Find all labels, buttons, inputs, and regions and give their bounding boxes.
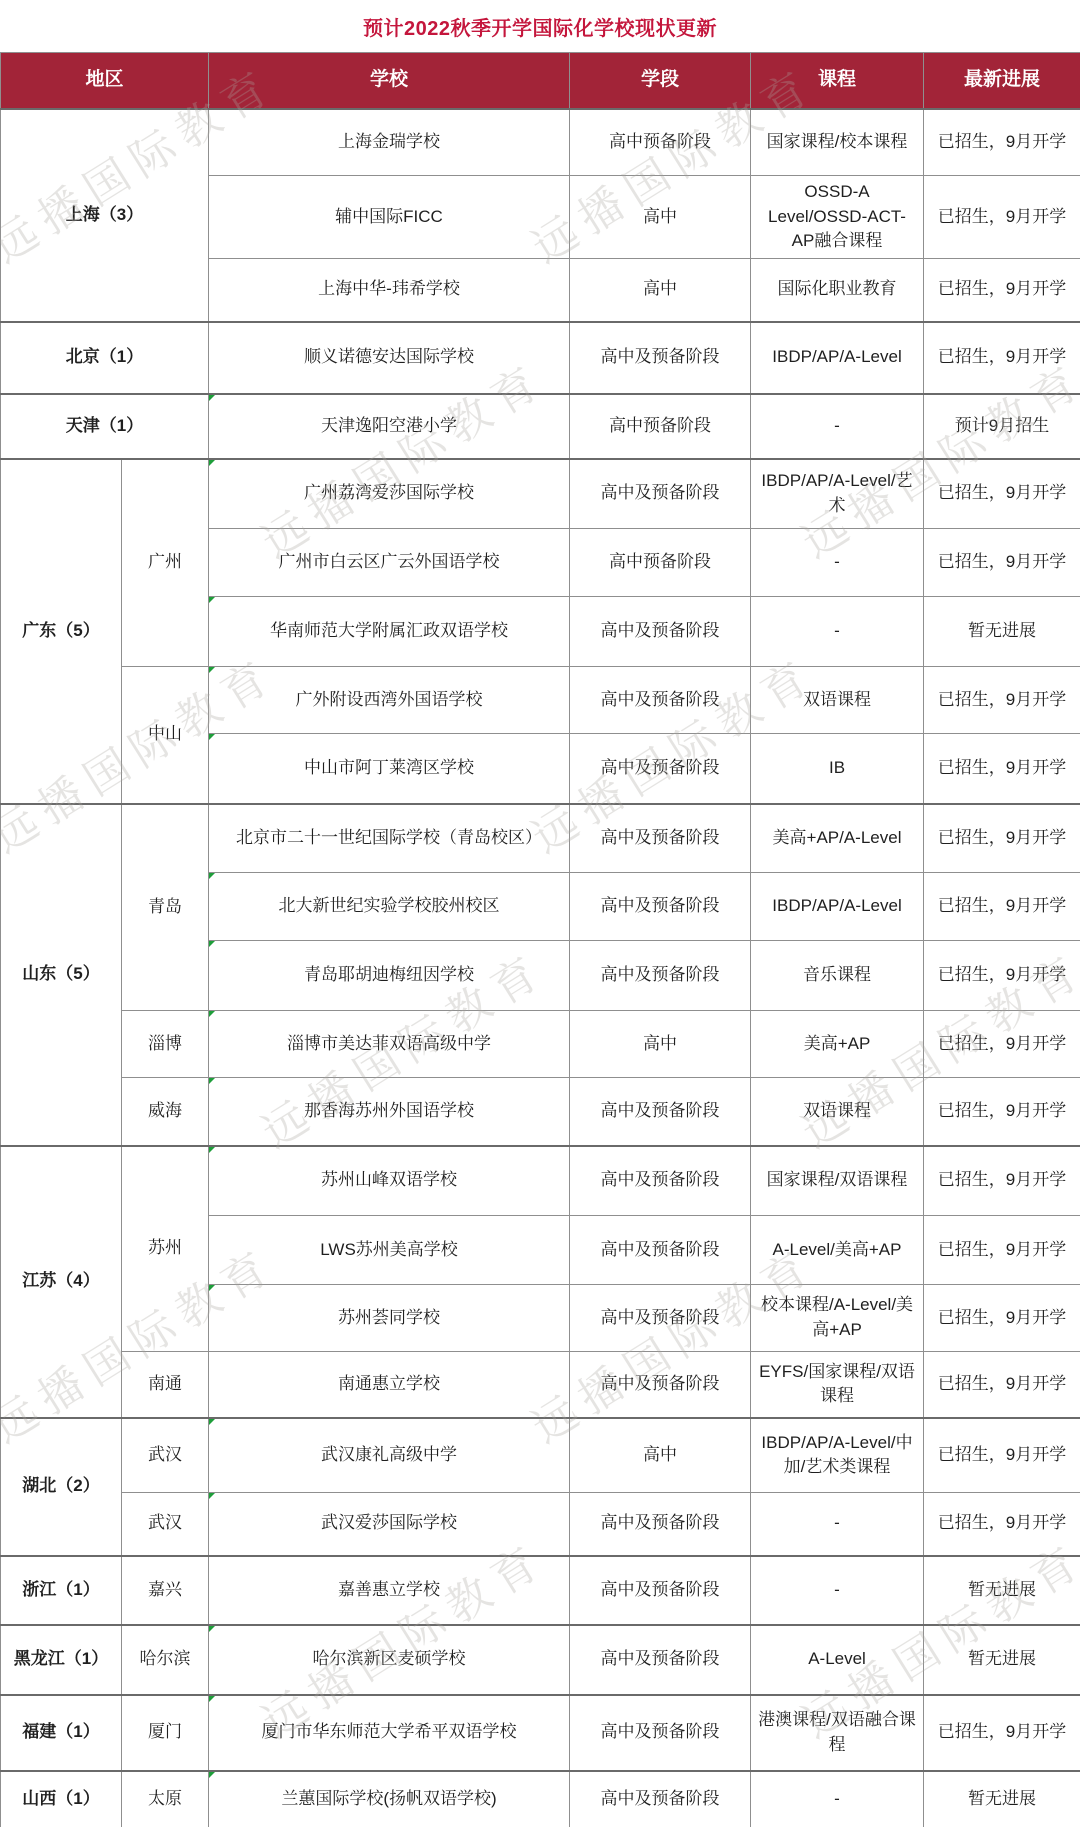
table-row: 武汉武汉爱莎国际学校高中及预备阶段-已招生，9月开学 — [1, 1493, 1080, 1556]
course-cell: EYFS/国家课程/双语课程 — [751, 1352, 924, 1418]
city-cell: 淄博 — [122, 1011, 209, 1078]
region-cell: 上海（3） — [1, 109, 209, 322]
school-cell: 南通惠立学校 — [209, 1352, 570, 1418]
region-cell: 北京（1） — [1, 322, 209, 394]
table-row: 江苏（4）苏州苏州山峰双语学校高中及预备阶段国家课程/双语课程已招生，9月开学 — [1, 1146, 1080, 1216]
progress-cell: 已招生，9月开学 — [924, 804, 1080, 873]
city-cell: 武汉 — [122, 1418, 209, 1493]
course-cell: - — [751, 1771, 924, 1827]
table-row: 广东（5）广州广州荔湾爱莎国际学校高中及预备阶段IBDP/AP/A-Level/… — [1, 459, 1080, 529]
table-row: 中山广外附设西湾外国语学校高中及预备阶段双语课程已招生，9月开学 — [1, 667, 1080, 734]
course-cell: 国际化职业教育 — [751, 259, 924, 322]
progress-cell: 已招生，9月开学 — [924, 259, 1080, 322]
comment-flag-icon — [209, 1147, 215, 1153]
city-cell: 中山 — [122, 667, 209, 804]
region-cell: 天津（1） — [1, 394, 209, 459]
stage-cell: 高中及预备阶段 — [570, 1146, 751, 1216]
progress-cell: 已招生，9月开学 — [924, 1695, 1080, 1771]
school-cell: 武汉康礼高级中学 — [209, 1418, 570, 1493]
progress-cell: 已招生，9月开学 — [924, 734, 1080, 804]
stage-cell: 高中预备阶段 — [570, 109, 751, 176]
course-cell: 双语课程 — [751, 1078, 924, 1146]
comment-flag-icon — [209, 873, 215, 879]
progress-cell: 暂无进展 — [924, 1556, 1080, 1625]
stage-cell: 高中及预备阶段 — [570, 1493, 751, 1556]
progress-cell: 已招生，9月开学 — [924, 322, 1080, 394]
table-row: 威海那香海苏州外国语学校高中及预备阶段双语课程已招生，9月开学 — [1, 1078, 1080, 1146]
progress-cell: 已招生，9月开学 — [924, 176, 1080, 259]
school-cell: 上海中华-玮希学校 — [209, 259, 570, 322]
header-row: 地区 学校 学段 课程 最新进展 — [1, 53, 1080, 109]
comment-flag-icon — [209, 460, 215, 466]
stage-cell: 高中及预备阶段 — [570, 1285, 751, 1352]
schools-table: 地区 学校 学段 课程 最新进展 上海（3）上海金瑞学校高中预备阶段国家课程/校… — [0, 52, 1080, 1827]
course-cell: OSSD-A Level/OSSD-ACT-AP融合课程 — [751, 176, 924, 259]
stage-cell: 高中及预备阶段 — [570, 873, 751, 941]
course-cell: 美高+AP/A-Level — [751, 804, 924, 873]
course-cell: 美高+AP — [751, 1011, 924, 1078]
stage-cell: 高中预备阶段 — [570, 394, 751, 459]
progress-cell: 已招生，9月开学 — [924, 1011, 1080, 1078]
course-cell: - — [751, 1493, 924, 1556]
school-cell: 顺义诺德安达国际学校 — [209, 322, 570, 394]
stage-cell: 高中及预备阶段 — [570, 459, 751, 529]
progress-cell: 已招生，9月开学 — [924, 1285, 1080, 1352]
city-cell: 青岛 — [122, 804, 209, 1011]
course-cell: 音乐课程 — [751, 941, 924, 1011]
region-cell: 湖北（2） — [1, 1418, 122, 1556]
progress-cell: 预计9月招生 — [924, 394, 1080, 459]
city-cell: 南通 — [122, 1352, 209, 1418]
school-cell: 哈尔滨新区麦硕学校 — [209, 1625, 570, 1695]
region-cell: 福建（1） — [1, 1695, 122, 1771]
stage-cell: 高中及预备阶段 — [570, 1216, 751, 1285]
course-cell: IBDP/AP/A-Level/中加/艺术类课程 — [751, 1418, 924, 1493]
stage-cell: 高中及预备阶段 — [570, 1695, 751, 1771]
progress-cell: 已招生，9月开学 — [924, 1352, 1080, 1418]
stage-cell: 高中 — [570, 259, 751, 322]
table-row: 浙江（1）嘉兴嘉善惠立学校高中及预备阶段-暂无进展 — [1, 1556, 1080, 1625]
school-cell: 青岛耶胡迪梅纽因学校 — [209, 941, 570, 1011]
comment-flag-icon — [209, 395, 215, 401]
progress-cell: 已招生，9月开学 — [924, 109, 1080, 176]
stage-cell: 高中 — [570, 1011, 751, 1078]
school-cell: 上海金瑞学校 — [209, 109, 570, 176]
city-cell: 苏州 — [122, 1146, 209, 1352]
course-cell: - — [751, 394, 924, 459]
stage-cell: 高中 — [570, 176, 751, 259]
comment-flag-icon — [209, 597, 215, 603]
region-cell: 山东（5） — [1, 804, 122, 1146]
table-row: 湖北（2）武汉武汉康礼高级中学高中IBDP/AP/A-Level/中加/艺术类课… — [1, 1418, 1080, 1493]
header-school: 学校 — [209, 53, 570, 109]
course-cell: IBDP/AP/A-Level — [751, 873, 924, 941]
comment-flag-icon — [209, 734, 215, 740]
school-cell: 中山市阿丁莱湾区学校 — [209, 734, 570, 804]
progress-cell: 暂无进展 — [924, 1771, 1080, 1827]
comment-flag-icon — [209, 1011, 215, 1017]
stage-cell: 高中及预备阶段 — [570, 804, 751, 873]
school-cell: 厦门市华东师范大学希平双语学校 — [209, 1695, 570, 1771]
table-row: 福建（1）厦门厦门市华东师范大学希平双语学校高中及预备阶段港澳课程/双语融合课程… — [1, 1695, 1080, 1771]
school-cell: 武汉爱莎国际学校 — [209, 1493, 570, 1556]
course-cell: 校本课程/A-Level/美高+AP — [751, 1285, 924, 1352]
region-cell: 黑龙江（1） — [1, 1625, 122, 1695]
progress-cell: 已招生，9月开学 — [924, 1078, 1080, 1146]
progress-cell: 已招生，9月开学 — [924, 873, 1080, 941]
table-row: 北京（1）顺义诺德安达国际学校高中及预备阶段IBDP/AP/A-Level已招生… — [1, 322, 1080, 394]
stage-cell: 高中及预备阶段 — [570, 667, 751, 734]
header-progress: 最新进展 — [924, 53, 1080, 109]
school-cell: 嘉善惠立学校 — [209, 1556, 570, 1625]
region-cell: 山西（1） — [1, 1771, 122, 1827]
stage-cell: 高中预备阶段 — [570, 529, 751, 597]
stage-cell: 高中及预备阶段 — [570, 734, 751, 804]
course-cell: IB — [751, 734, 924, 804]
page-title: 预计2022秋季开学国际化学校现状更新 — [0, 0, 1080, 52]
city-cell: 广州 — [122, 459, 209, 667]
table-row: 山西（1）太原兰蕙国际学校(扬帆双语学校)高中及预备阶段-暂无进展 — [1, 1771, 1080, 1827]
school-cell: 广外附设西湾外国语学校 — [209, 667, 570, 734]
school-cell: 北京市二十一世纪国际学校（青岛校区） — [209, 804, 570, 873]
header-course: 课程 — [751, 53, 924, 109]
school-cell: 广州荔湾爱莎国际学校 — [209, 459, 570, 529]
course-cell: 港澳课程/双语融合课程 — [751, 1695, 924, 1771]
school-cell: 辅中国际FICC — [209, 176, 570, 259]
stage-cell: 高中及预备阶段 — [570, 597, 751, 667]
comment-flag-icon — [209, 941, 215, 947]
school-cell: LWS苏州美高学校 — [209, 1216, 570, 1285]
course-cell: 国家课程/校本课程 — [751, 109, 924, 176]
comment-flag-icon — [209, 1419, 215, 1425]
stage-cell: 高中及预备阶段 — [570, 1771, 751, 1827]
table-row: 山东（5）青岛北京市二十一世纪国际学校（青岛校区）高中及预备阶段美高+AP/A-… — [1, 804, 1080, 873]
region-cell: 浙江（1） — [1, 1556, 122, 1625]
school-cell: 华南师范大学附属汇政双语学校 — [209, 597, 570, 667]
table-row: 南通南通惠立学校高中及预备阶段EYFS/国家课程/双语课程已招生，9月开学 — [1, 1352, 1080, 1418]
progress-cell: 暂无进展 — [924, 597, 1080, 667]
stage-cell: 高中及预备阶段 — [570, 1625, 751, 1695]
course-cell: IBDP/AP/A-Level/艺术 — [751, 459, 924, 529]
city-cell: 威海 — [122, 1078, 209, 1146]
stage-cell: 高中及预备阶段 — [570, 941, 751, 1011]
school-cell: 苏州荟同学校 — [209, 1285, 570, 1352]
comment-flag-icon — [209, 1285, 215, 1291]
course-cell: - — [751, 597, 924, 667]
progress-cell: 已招生，9月开学 — [924, 1493, 1080, 1556]
school-cell: 淄博市美达菲双语高级中学 — [209, 1011, 570, 1078]
table-row: 淄博淄博市美达菲双语高级中学高中美高+AP已招生，9月开学 — [1, 1011, 1080, 1078]
table-row: 上海（3）上海金瑞学校高中预备阶段国家课程/校本课程已招生，9月开学 — [1, 109, 1080, 176]
progress-cell: 已招生，9月开学 — [924, 1216, 1080, 1285]
sheet: 预计2022秋季开学国际化学校现状更新 地区 学校 学段 课程 最新进展 上海（… — [0, 0, 1080, 1827]
table-row: 黑龙江（1）哈尔滨哈尔滨新区麦硕学校高中及预备阶段A-Level暂无进展 — [1, 1625, 1080, 1695]
progress-cell: 已招生，9月开学 — [924, 1146, 1080, 1216]
progress-cell: 已招生，9月开学 — [924, 1418, 1080, 1493]
school-cell: 广州市白云区广云外国语学校 — [209, 529, 570, 597]
header-region: 地区 — [1, 53, 209, 109]
course-cell: - — [751, 529, 924, 597]
comment-flag-icon — [209, 1078, 215, 1084]
comment-flag-icon — [209, 1626, 215, 1632]
header-stage: 学段 — [570, 53, 751, 109]
comment-flag-icon — [209, 1696, 215, 1702]
city-cell: 武汉 — [122, 1493, 209, 1556]
stage-cell: 高中 — [570, 1418, 751, 1493]
course-cell: A-Level/美高+AP — [751, 1216, 924, 1285]
region-cell: 江苏（4） — [1, 1146, 122, 1418]
course-cell: IBDP/AP/A-Level — [751, 322, 924, 394]
progress-cell: 已招生，9月开学 — [924, 459, 1080, 529]
table-header: 地区 学校 学段 课程 最新进展 — [1, 53, 1080, 109]
progress-cell: 已招生，9月开学 — [924, 667, 1080, 734]
school-cell: 苏州山峰双语学校 — [209, 1146, 570, 1216]
school-cell: 北大新世纪实验学校胶州校区 — [209, 873, 570, 941]
progress-cell: 已招生，9月开学 — [924, 529, 1080, 597]
progress-cell: 已招生，9月开学 — [924, 941, 1080, 1011]
stage-cell: 高中及预备阶段 — [570, 1352, 751, 1418]
table-row: 天津（1）天津逸阳空港小学高中预备阶段-预计9月招生 — [1, 394, 1080, 459]
city-cell: 嘉兴 — [122, 1556, 209, 1625]
school-cell: 那香海苏州外国语学校 — [209, 1078, 570, 1146]
course-cell: 双语课程 — [751, 667, 924, 734]
course-cell: - — [751, 1556, 924, 1625]
stage-cell: 高中及预备阶段 — [570, 1078, 751, 1146]
table-body: 上海（3）上海金瑞学校高中预备阶段国家课程/校本课程已招生，9月开学辅中国际FI… — [1, 109, 1080, 1827]
school-cell: 天津逸阳空港小学 — [209, 394, 570, 459]
comment-flag-icon — [209, 667, 215, 673]
comment-flag-icon — [209, 1493, 215, 1499]
course-cell: A-Level — [751, 1625, 924, 1695]
stage-cell: 高中及预备阶段 — [570, 1556, 751, 1625]
city-cell: 厦门 — [122, 1695, 209, 1771]
progress-cell: 暂无进展 — [924, 1625, 1080, 1695]
city-cell: 太原 — [122, 1771, 209, 1827]
city-cell: 哈尔滨 — [122, 1625, 209, 1695]
course-cell: 国家课程/双语课程 — [751, 1146, 924, 1216]
region-cell: 广东（5） — [1, 459, 122, 804]
stage-cell: 高中及预备阶段 — [570, 322, 751, 394]
comment-flag-icon — [209, 1772, 215, 1778]
school-cell: 兰蕙国际学校(扬帆双语学校) — [209, 1771, 570, 1827]
